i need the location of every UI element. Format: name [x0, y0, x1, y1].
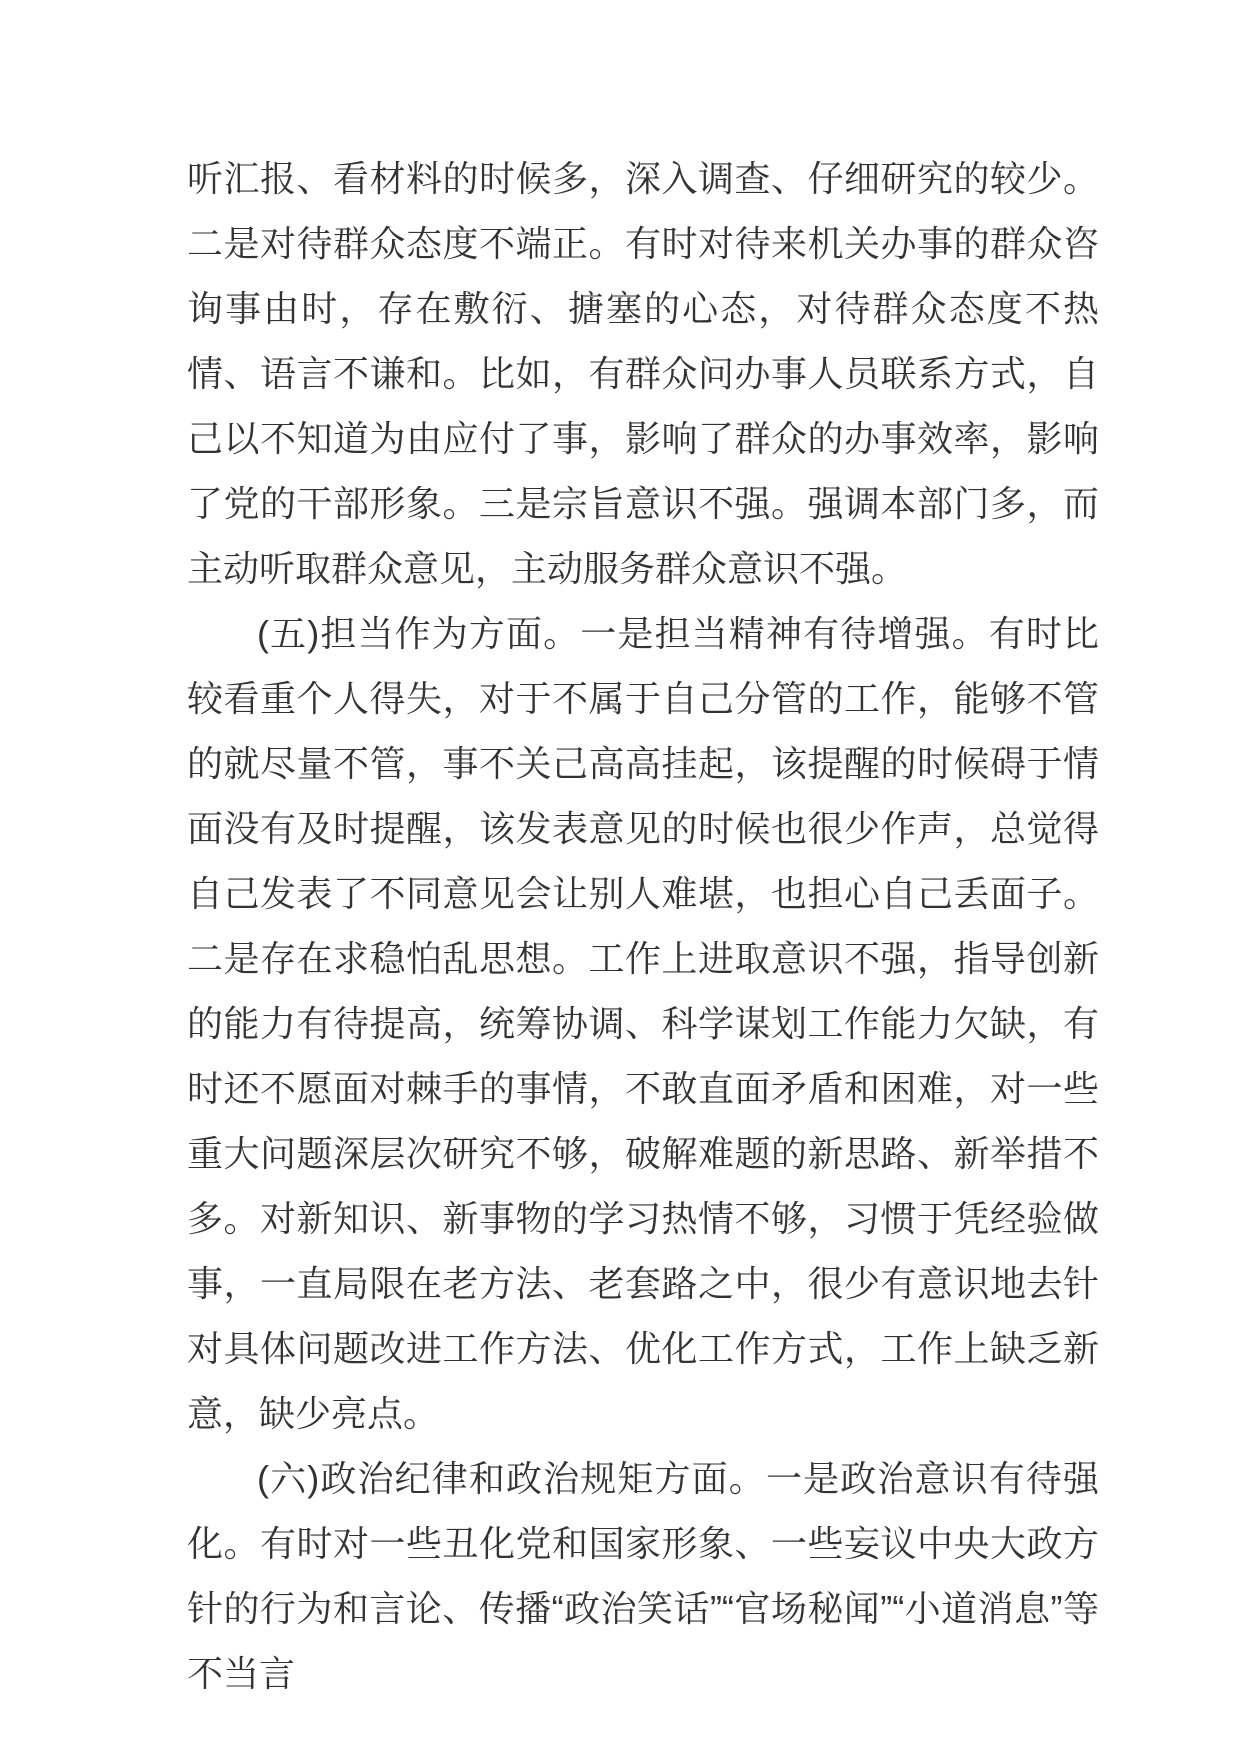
- paragraph-section-6-zhengzhi-jilv: (六)政治纪律和政治规矩方面。一是政治意识有待强化。有时对一些丑化党和国家形象、…: [187, 1446, 1099, 1706]
- document-page: 听汇报、看材料的时候多，深入调查、仔细研究的较少。二是对待群众态度不端正。有时对…: [0, 0, 1241, 1755]
- paragraph-continuation: 听汇报、看材料的时候多，深入调查、仔细研究的较少。二是对待群众态度不端正。有时对…: [187, 146, 1099, 601]
- document-text-body: 听汇报、看材料的时候多，深入调查、仔细研究的较少。二是对待群众态度不端正。有时对…: [187, 146, 1099, 1706]
- paragraph-section-5-danpdang-zuowei: (五)担当作为方面。一是担当精神有待增强。有时比较看重个人得失，对于不属于自己分…: [187, 601, 1099, 1446]
